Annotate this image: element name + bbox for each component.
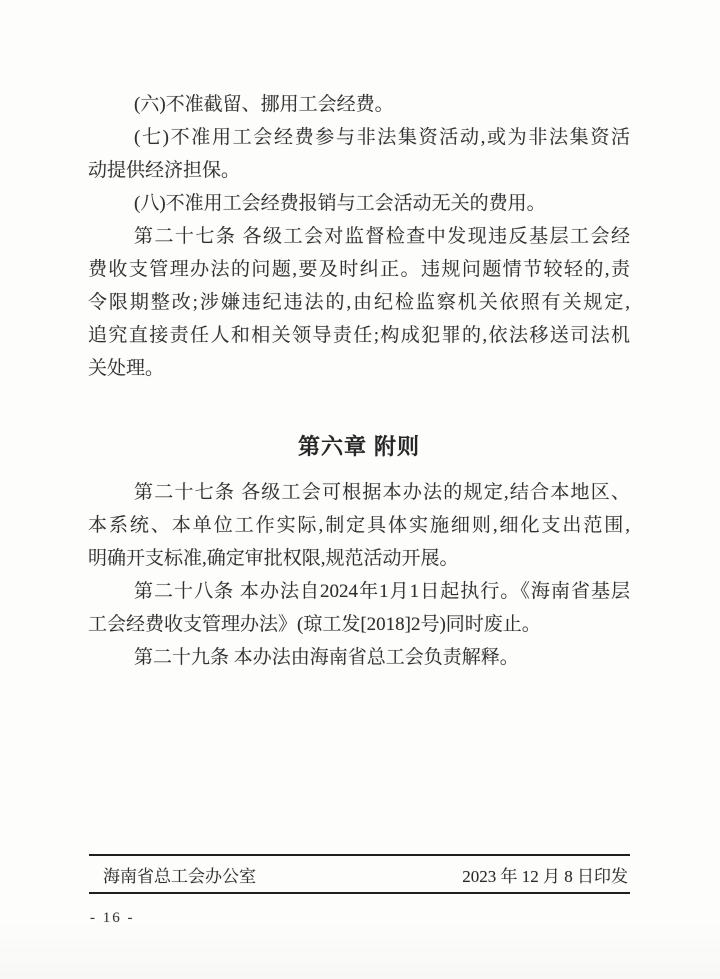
text-line: 追究直接责任人和相关领导责任;构成犯罪的,依法移送司法机 [88,319,630,352]
paragraph-block-upper: (六)不准截留、挪用工会经费。 (七)不准用工会经费参与非法集资活动,或为非法集… [88,88,630,385]
text-line: 工会经费收支管理办法》(琼工发[2018]2号)同时废止。 [88,608,630,641]
text-line: 第二十七条 各级工会可根据本办法的规定,结合本地区、 [88,476,630,509]
document-page: (六)不准截留、挪用工会经费。 (七)不准用工会经费参与非法集资活动,或为非法集… [0,0,720,979]
text-line: 费收支管理办法的问题,要及时纠正。违规问题情节较轻的,责 [88,253,630,286]
print-date: 2023 年 12 月 8 日印发 [462,862,628,887]
text-line: (八)不准用工会经费报销与工会活动无关的费用。 [88,187,630,220]
text-line: 明确开支标准,确定审批权限,规范活动开展。 [88,542,630,575]
page-number: - 16 - [90,906,135,930]
text-line: 关处理。 [88,352,630,385]
text-line: (六)不准截留、挪用工会经费。 [88,88,630,121]
issuing-office: 海南省总工会办公室 [103,862,256,887]
text-line: 第二十七条 各级工会对监督检查中发现违反基层工会经 [88,220,630,253]
text-line: 令限期整改;涉嫌违纪违法的,由纪检监察机关依照有关规定, [88,286,630,319]
chapter-heading: 第六章 附则 [88,430,630,463]
text-line: 第二十八条 本办法自2024年1月1日起执行。《海南省基层 [88,575,630,608]
text-line: 动提供经济担保。 [88,154,630,187]
imprint-footer: 海南省总工会办公室 2023 年 12 月 8 日印发 [89,854,630,894]
text-line: 第二十九条 本办法由海南省总工会负责解释。 [88,641,630,674]
text-line: 本系统、本单位工作实际,制定具体实施细则,细化支出范围, [88,509,630,542]
paragraph-block-lower: 第二十七条 各级工会可根据本办法的规定,结合本地区、 本系统、本单位工作实际,制… [88,476,630,674]
text-line: (七)不准用工会经费参与非法集资活动,或为非法集资活 [88,121,630,154]
